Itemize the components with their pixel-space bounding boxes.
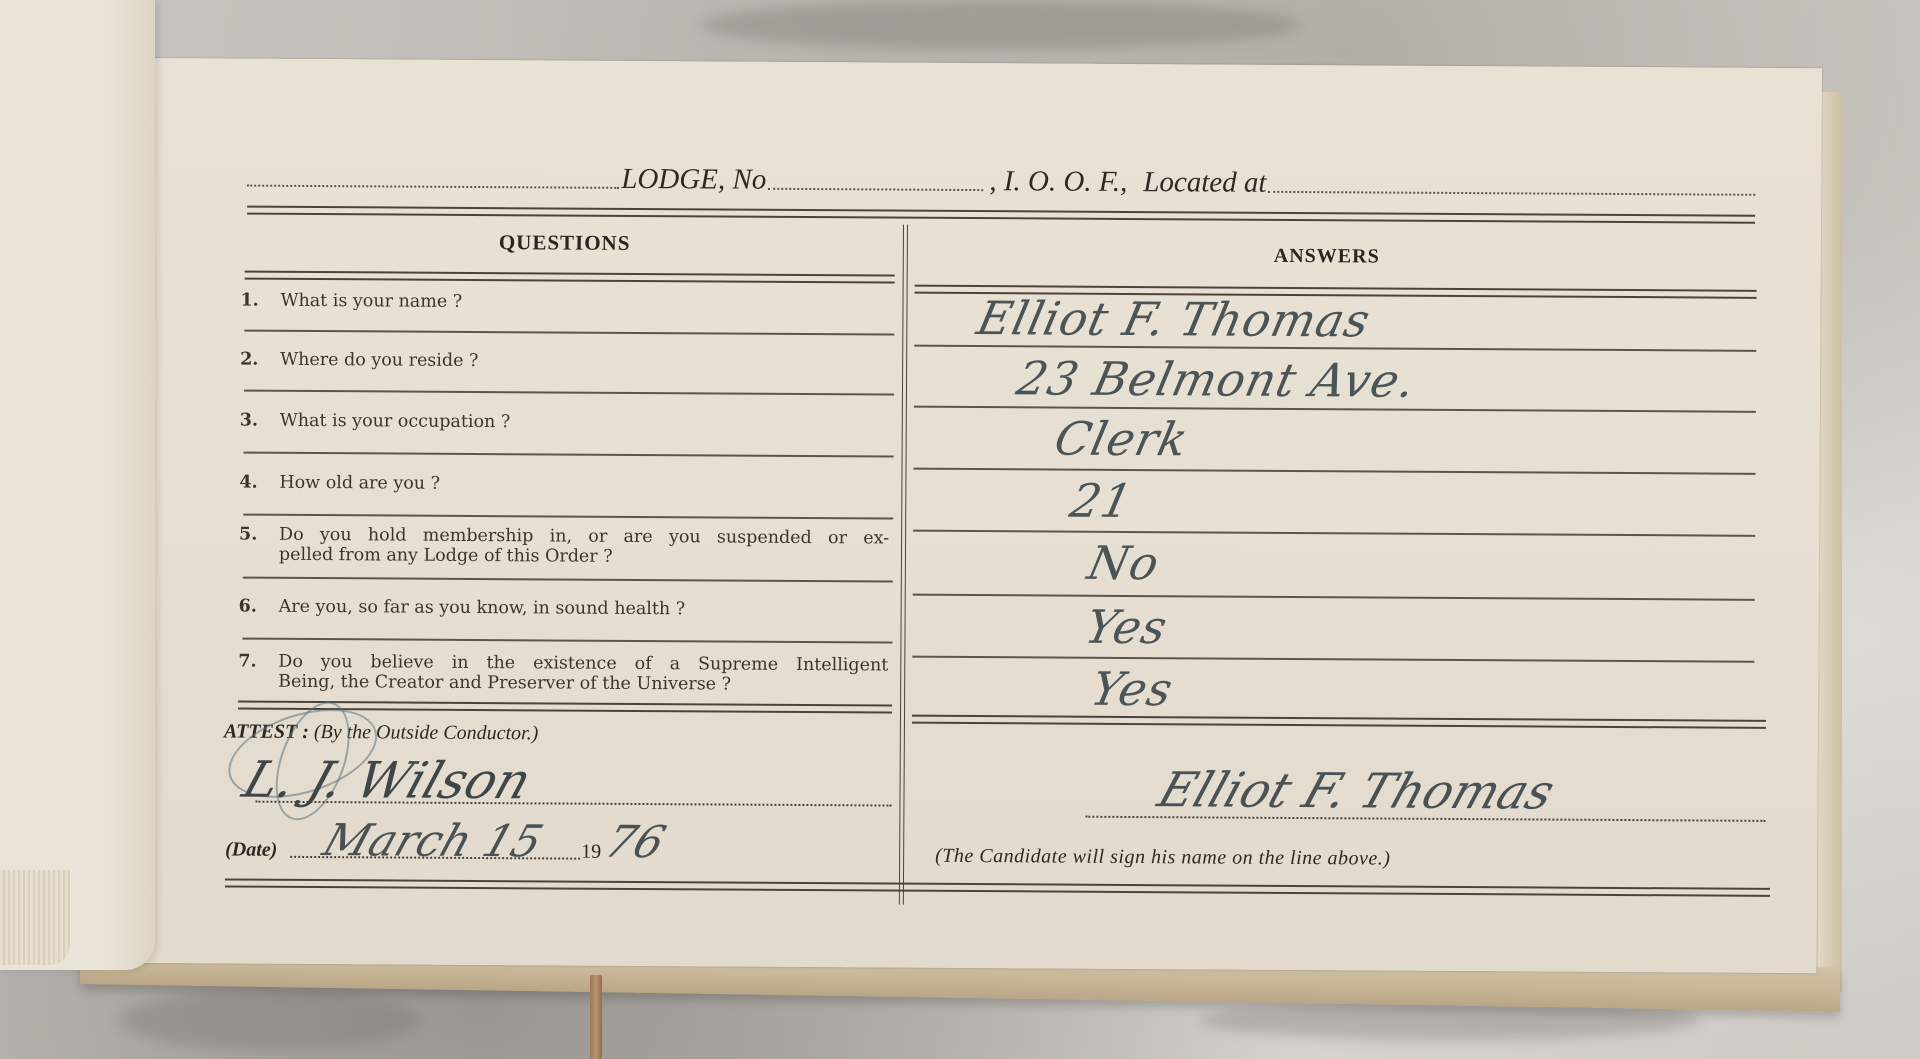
date-label: (Date) bbox=[225, 838, 277, 861]
question-text: What is your name ? bbox=[280, 291, 890, 315]
location-field[interactable] bbox=[1268, 191, 1755, 196]
book-spine-binding bbox=[0, 870, 70, 965]
lodge-label: LODGE, No bbox=[619, 163, 768, 197]
question-row-divider bbox=[242, 638, 892, 644]
lodge-application-form: LODGE, No , I. O. O. F., Located at QUES… bbox=[144, 58, 1821, 973]
candidate-instruction: (The Candidate will sign his name on the… bbox=[935, 845, 1390, 871]
answer-4-age[interactable]: 21 bbox=[1065, 474, 1137, 528]
lodge-header: LODGE, No , I. O. O. F., Located at bbox=[247, 154, 1755, 203]
questions-title-divider bbox=[245, 271, 895, 284]
question-number: 1. bbox=[240, 291, 276, 311]
question-number: 6. bbox=[239, 597, 275, 617]
answer-1-name[interactable]: Elliot F. Thomas bbox=[973, 291, 1376, 347]
answer-row-divider bbox=[912, 656, 1754, 663]
question-text: How old are you ? bbox=[279, 473, 889, 497]
answers-column-title: ANSWERS bbox=[1274, 245, 1380, 269]
question-text: Are you, so far as you know, in sound he… bbox=[279, 597, 889, 621]
answer-5-membership[interactable]: No bbox=[1083, 536, 1165, 590]
candidate-signature[interactable]: Elliot F. Thomas bbox=[1151, 762, 1561, 820]
lodge-name-field[interactable] bbox=[247, 185, 619, 189]
answer-7-belief[interactable]: Yes bbox=[1086, 662, 1178, 716]
header-divider bbox=[247, 206, 1755, 224]
answer-row-divider bbox=[913, 530, 1755, 537]
question-1: 1. What is your name ? bbox=[240, 291, 890, 315]
question-number: 5. bbox=[239, 525, 275, 545]
application-form-page: LODGE, No , I. O. O. F., Located at QUES… bbox=[144, 58, 1821, 973]
answer-6-health[interactable]: Yes bbox=[1081, 600, 1173, 654]
column-divider bbox=[899, 225, 908, 905]
questions-column-title: QUESTIONS bbox=[499, 230, 631, 256]
question-number: 4. bbox=[239, 473, 275, 493]
marble-vein bbox=[700, 0, 1300, 50]
date-year-prefix: 19 bbox=[581, 841, 601, 864]
located-label: Located at bbox=[1141, 166, 1268, 200]
date-year-suffix[interactable]: 76 bbox=[599, 817, 672, 868]
question-text-line-2: pelled from any Lodge of this Order ? bbox=[279, 545, 889, 569]
lodge-number-field[interactable] bbox=[768, 188, 983, 191]
question-4: 4. How old are you ? bbox=[239, 473, 889, 497]
question-number: 3. bbox=[240, 411, 276, 431]
question-text: What is your occupation ? bbox=[280, 411, 890, 435]
marble-vein bbox=[120, 990, 420, 1050]
question-row-divider bbox=[244, 390, 894, 396]
question-row-divider bbox=[243, 577, 893, 583]
question-2: 2. Where do you reside ? bbox=[240, 350, 890, 374]
left-facing-page bbox=[0, 0, 155, 970]
question-row-divider bbox=[244, 330, 894, 336]
question-3: 3. What is your occupation ? bbox=[240, 411, 890, 435]
question-number: 2. bbox=[240, 350, 276, 370]
question-7: 7. Do you believe in the existence of a … bbox=[238, 652, 888, 696]
question-5: 5. Do you hold membership in, or are you… bbox=[239, 525, 889, 569]
question-6: 6. Are you, so far as you know, in sound… bbox=[239, 597, 889, 621]
answer-row-divider bbox=[913, 468, 1755, 475]
answers-end-divider bbox=[912, 715, 1766, 729]
question-text-line-2: Being, the Creator and Preserver of the … bbox=[278, 672, 888, 696]
answer-3-occupation[interactable]: Clerk bbox=[1050, 412, 1194, 467]
question-text: Where do you reside ? bbox=[280, 350, 890, 374]
answer-2-residence[interactable]: 23 Belmont Ave. bbox=[1012, 351, 1421, 407]
bookmark-ribbon[interactable] bbox=[590, 975, 602, 1059]
answer-row-divider bbox=[913, 594, 1755, 601]
question-row-divider bbox=[243, 514, 893, 520]
form-bottom-divider bbox=[225, 878, 1770, 896]
question-row-divider bbox=[244, 452, 894, 458]
page-edges-right bbox=[1818, 92, 1842, 992]
date-handwritten[interactable]: March 15 bbox=[317, 815, 549, 867]
order-label: , I. O. O. F., bbox=[983, 165, 1141, 199]
question-number: 7. bbox=[238, 652, 274, 672]
